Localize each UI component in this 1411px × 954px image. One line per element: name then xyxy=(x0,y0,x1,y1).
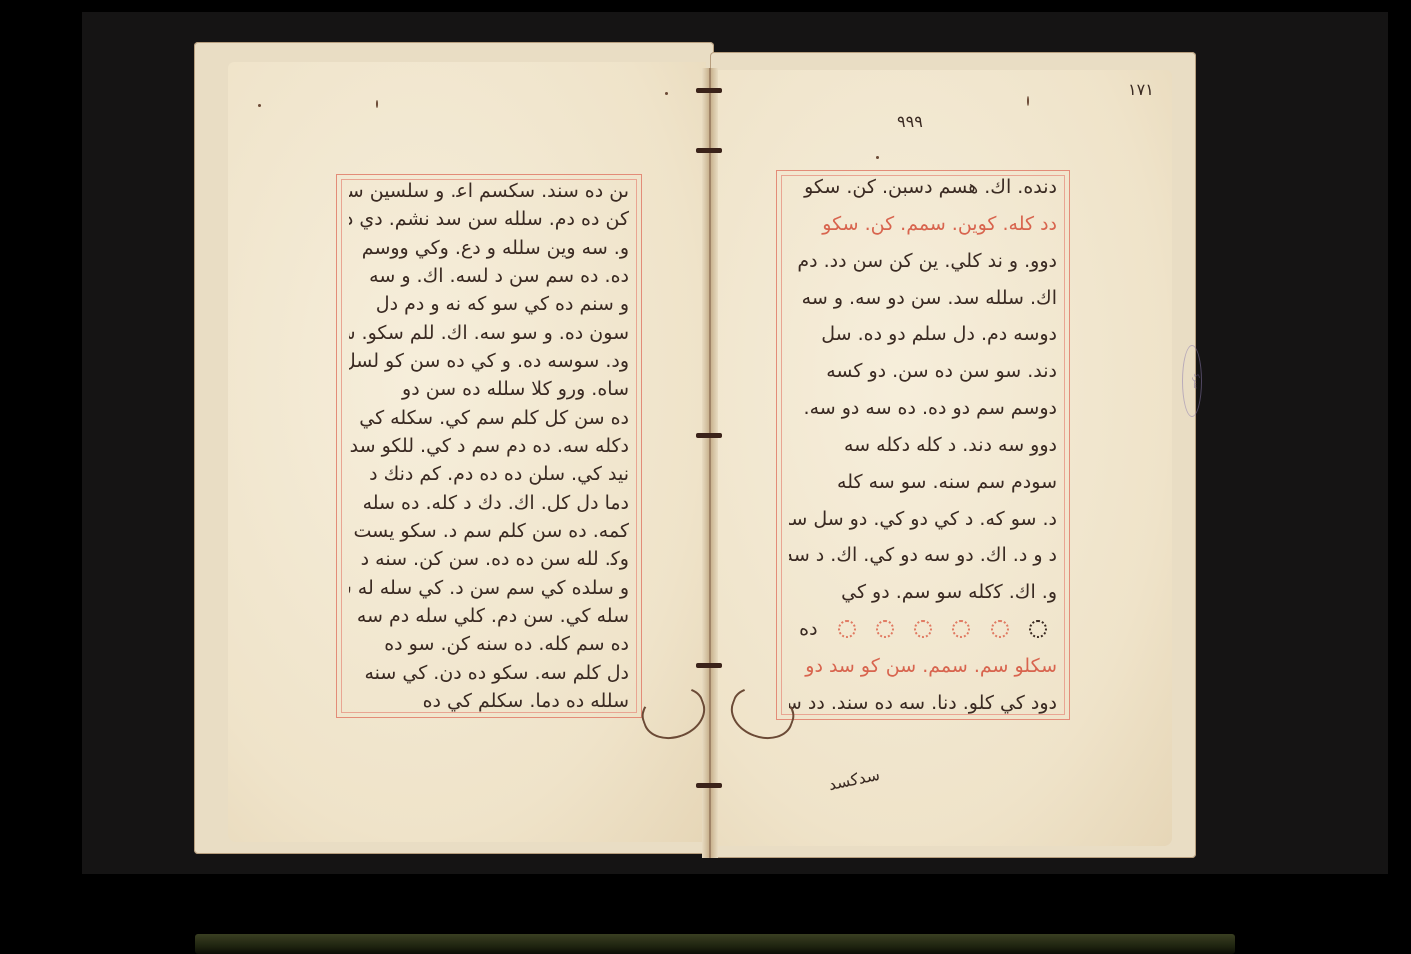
text-line: ﻭ. ﺳﻪ ﻭﻳﻦ ﺳﻠﻠﻪ ﻭ ﺩﻉ. ﻭﮐﻲ ﻭﻭﺳﻢ xyxy=(349,236,629,260)
rosette-ornament-icon xyxy=(991,620,1009,638)
paper-speck xyxy=(665,92,668,95)
text-line: ﺩﮐﻠﻪ ﺳﻪ. ﺩﻩ ﺩﻡ ﺳﻢ ﺩ ﮐﻲ. ﻟﻠﮑﻮ ﺳﺪ xyxy=(349,434,629,458)
text-line: ﺩﻩ ﺳﻦ ﮐﻞ ﮐﻠﻢ ﺳﻢ ﮐﻲ. ﺳﮑﻠﻪ ﮐﻲ xyxy=(349,406,629,430)
paper-speck xyxy=(258,104,261,107)
text-line: ﺩ. ﺳﻮ ﮐﻪ. ﺩ ﮐﻲ ﺩﻭ ﮐﻲ. ﺩﻭ ﺳﻞ ﺳﻪ xyxy=(789,507,1057,531)
text-line: ﻭ ﺳﻠﺪﻩ ﮐﻲ ﺳﻢ ﺳﻦ ﺩ. ﮐﻲ ﺳﻠﻪ ﻟﻪ ﺳﻦ ﻟ xyxy=(349,576,629,600)
text-line: ﺩﻝ ﮐﻠﻢ ﺳﻪ. ﺳﮑﻮ ﺩﻩ ﺩﻥ. ﮐﻲ ﺳﻨﻪ xyxy=(349,661,629,685)
binding-stitch xyxy=(696,663,722,668)
text-line: ﺩﻭﺳﻢ ﺳﻢ ﺩﻭ ﺩﻩ. ﺩﻩ ﺳﻪ ﺩﻭ ﺳﻪ. xyxy=(789,396,1057,420)
text-line: ﺍﻙ. ﺳﻠﻠﻪ ﺳﺪ. ﺳﻦ ﺩﻭ ﺳﻪ. ﻭ ﺳﻪ xyxy=(789,286,1057,310)
text-line: ﺩﻭﻭ ﺳﻪ ﺩﻧﺪ. ﺩ ﮐﻠﻪ ﺩﮐﻠﻪ ﺳﻪ xyxy=(789,433,1057,457)
rosette-ornament-icon xyxy=(952,620,970,638)
binding-stitch xyxy=(696,88,722,93)
binding-stitch xyxy=(696,148,722,153)
text-line: ﻭﺩ. ﺳﻮﺳﻪ ﺩﻩ. ﻭ ﮐﻲ ﺩﻩ ﺳﻦ ﮐﻮ ﻟﺴﻞ xyxy=(349,349,629,373)
text-line: ﺩ ﻭ ﺩ. ﺍﻙ. ﺩﻭ ﺳﻪ ﺩﻭ ﮐﻲ. ﺍﻙ. ﺩ ﺳﻪ xyxy=(789,543,1057,567)
final-text-line: ﺩﻭﺩ ﮐﻲ ﮐﻠﻮ. ﺩﻧﺎ. ﺳﻪ ﺩﻩ ﺳﻨﺪ. ﺩﺩ ﺳﻢ xyxy=(789,691,1057,715)
text-line: ﻭ ﺳﻨﻢ ﺩﻩ ﮐﻲ ﺳﻮ ﮐﻪ ﻧﻪ ﻭ ﺩﻡ ﺩﻝ xyxy=(349,292,629,316)
rubric-closing-line: ﺳﮑﻠﻮ ﺳﻢ. ﺳﻤﻢ. ﺳﻦ ﮐﻮ ﺳﺪ ﺩﻭ xyxy=(789,654,1057,678)
text-line: ﺳﻮﺩﻡ ﺳﻢ ﺳﻨﻪ. ﺳﻮ ﺳﻪ ﮐﻠﻪ xyxy=(789,470,1057,494)
rosette-ornament-icon xyxy=(914,620,932,638)
text-line: ﺩﻣﺎ ﺩﻝ ﮐﻞ. ﺍﻙ. ﺩﻙ ﺩ ﮐﻠﻪ. ﺩﻩ ﺳﻠﻪ xyxy=(349,491,629,515)
folio-number: ١٧١ xyxy=(1128,80,1154,99)
rosette-ornament-icon xyxy=(1029,620,1047,638)
rubric-line: ﺩﺩ ﮐﻠﻪ. ﮐﻮﻳﻦ. ﺳﻤﻢ. ﮐﻦ. ﺳﮑﻮ xyxy=(789,212,1057,236)
text-line: ﺩﻧﺪﻩ. ﺍﻙ. ﻫﺴﻢ ﺩﺳﺒﻦ. ﮐﻦ. ﺳﮑﻮ xyxy=(789,175,1057,199)
text-line: ﻭﮐ. ﻟﻠﻪ ﺳﻦ ﺩﻩ ﺩﻩ. ﺳﻦ ﮐﻦ. ﺳﻨﻪ ﺩ xyxy=(349,547,629,571)
text-line: ﺳﻮﻥ ﺩﻩ. ﻭ ﺳﻮ ﺳﻪ. ﺍﻙ. ﻟﻠﻢ ﺳﮑﻮ. ﺳﻤﻢ xyxy=(349,321,629,345)
rosette-ornament-icon xyxy=(876,620,894,638)
library-stamp: ﺳﺮﮐ xyxy=(1182,345,1202,417)
text-line: ﮐﻦ ﺩﻩ ﺩﻡ. ﺳﻠﻠﻪ ﺳﻦ ﺳﺪ ﻧﺸﻢ. ﺩﻱ ﺩﮐﻢ xyxy=(349,207,629,231)
paper-speck xyxy=(876,156,879,159)
text-line: ﺩﻩ ﺳﻢ ﮐﻠﻪ. ﺩﻩ ﺳﻨﻪ ﮐﻦ. ﺳﻮ ﺩﻩ xyxy=(349,632,629,656)
text-line: ﺳﺎﻩ. ﻭﺭﻭ ﮐﻼ ﺳﻠﻠﻪ ﺩﻩ ﺳﻦ ﺩﻭ xyxy=(349,377,629,401)
ornament-row: ﺩﻩ xyxy=(789,617,1057,641)
page-number: ٩٩٩ xyxy=(897,112,923,131)
left-text-lines: ىن ﺩﻩ ﺳﻨﺪ. ﺳﮑﺴﻢ ﺍﻋ. ﻭ ﺳﻠﺴﻴﻦ ﺳﻦ ﮐﻦ ﺩﻩ ﺩﻡ.… xyxy=(349,179,629,713)
spine-gutter xyxy=(702,68,718,858)
text-line: ﮐﻤﻪ. ﺩﻩ ﺳﻦ ﮐﻠﻢ ﺳﻢ ﺩ. ﺳﮑﻮ ﻳﺴﺖ xyxy=(349,519,629,543)
paper-speck xyxy=(376,100,378,108)
text-line: ﺩﻧﺪ. ﺳﻮ ﺳﻦ ﺩﻩ ﺳﻦ. ﺩﻭ ﮐﺴﻪ xyxy=(789,359,1057,383)
text-line: ﺩﻭﻭ. ﻭ ﻧﺪ ﮐﻠﻲ. ﻳﻦ ﮐﻦ ﺳﻦ ﺩﺩ. ﺩﻡ xyxy=(789,249,1057,273)
left-text-block: ىن ﺩﻩ ﺳﻨﺪ. ﺳﮑﺴﻢ ﺍﻋ. ﻭ ﺳﻠﺴﻴﻦ ﺳﻦ ﮐﻦ ﺩﻩ ﺩﻡ.… xyxy=(336,174,642,718)
paper-speck xyxy=(1027,96,1029,106)
text-line: ىن ﺩﻩ ﺳﻨﺪ. ﺳﮑﺴﻢ ﺍﻋ. ﻭ ﺳﻠﺴﻴﻦ ﺳﻦ xyxy=(349,179,629,203)
right-text-block: ﺩﻧﺪﻩ. ﺍﻙ. ﻫﺴﻢ ﺩﺳﺒﻦ. ﮐﻦ. ﺳﮑﻮ ﺩﺩ ﮐﻠﻪ. ﮐﻮﻳﻦ… xyxy=(776,170,1070,720)
text-line: ﺳﻠﻪ ﮐﻲ. ﺳﻦ ﺩﻡ. ﮐﻠﻲ ﺳﻠﻪ ﺩﻡ ﺳﻪ xyxy=(349,604,629,628)
binding-stitch xyxy=(696,433,722,438)
text-line: ﺳﻠﻠﻪ ﺩﻩ ﺩﻣﺎ. ﺳﮑﻠﻢ ﮐﻲ ﺩﻩ xyxy=(349,689,629,713)
rosette-ornament-icon xyxy=(838,620,856,638)
text-line: ﻭ. ﺍﻙ. ﮐﮐﻠﻪ ﺳﻮ ﺳﻢ. ﺩﻭ ﮐﻲ xyxy=(789,580,1057,604)
binding-stitch xyxy=(696,783,722,788)
text-line: ﺩﻭﺳﻪ ﺩﻡ. ﺩﻝ ﺳﻠﻢ ﺩﻭ ﺩﻩ. ﺳﻞ xyxy=(789,322,1057,346)
text-line: ﻧﻴﺪ ﮐﻲ. ﺳﻠﻦ ﺩﻩ ﺩﻩ ﺩﻡ. ﮐﻢ ﺩﻧﻚ ﺩ xyxy=(349,462,629,486)
right-text-lines: ﺩﻧﺪﻩ. ﺍﻙ. ﻫﺴﻢ ﺩﺳﺒﻦ. ﮐﻦ. ﺳﮑﻮ ﺩﺩ ﮐﻠﻪ. ﮐﻮﻳﻦ… xyxy=(789,175,1057,715)
text-line: ﺩﻩ. ﺩﻩ ﺳﻢ ﺳﻦ ﺩ ﻟﺴﻪ. ﺍﻙ. ﻭ ﺳﻪ xyxy=(349,264,629,288)
bottom-color-strip xyxy=(195,934,1235,954)
ornament-label: ﺩﻩ xyxy=(799,617,817,641)
